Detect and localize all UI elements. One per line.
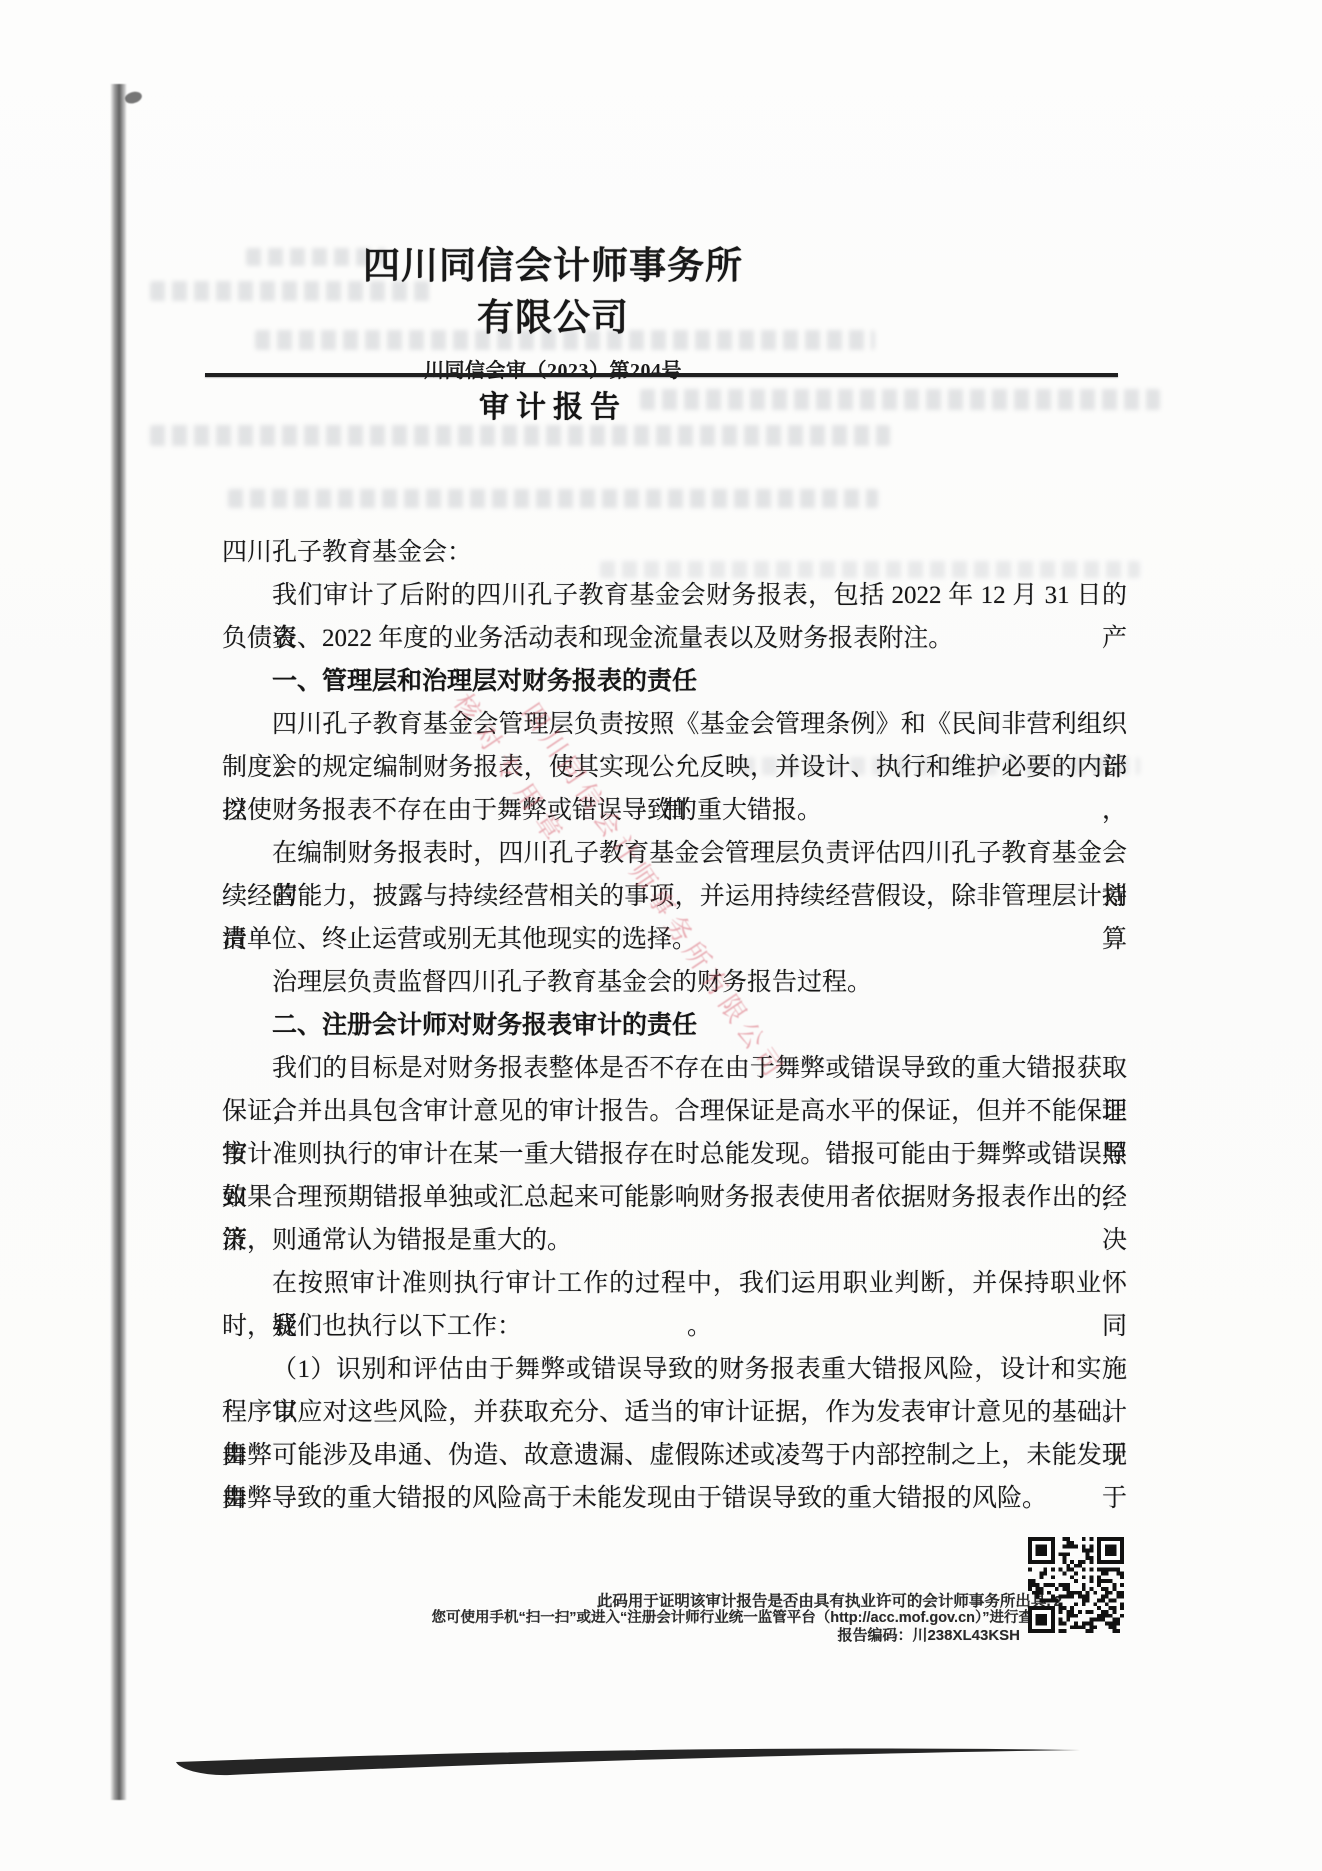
firm-name-line1: 四川同信会计师事务所: [363, 240, 743, 292]
bleedthrough-artifact: [228, 489, 878, 508]
body-line: 舞弊导致的重大错报的风险高于未能发现由于错误导致的重大错报的风险。: [222, 1477, 1127, 1520]
verification-footer: 此码用于证明该审计报告是否由具有执业许可的会计师事务所出具,2 您可使用手机“扫…: [432, 1593, 1063, 1644]
body-line: 我们审计了后附的四川孔子教育基金会财务报表，包括 2022 年 12 月 31 …: [222, 574, 1127, 617]
body-line: 如果合理预期错报单独或汇总起来可能影响财务报表使用者依据财务报表作出的经济决: [222, 1176, 1127, 1219]
body-line: 四川孔子教育基金会：: [222, 531, 1127, 574]
report-title: 审计报告: [479, 382, 627, 426]
body-line: 我们的目标是对财务报表整体是否不存在由于舞弊或错误导致的重大错报获取合理: [222, 1047, 1127, 1090]
verification-note-line1: 此码用于证明该审计报告是否由具有执业许可的会计师事务所出具,: [597, 1593, 1051, 1610]
body-line: 舞弊可能涉及串通、伪造、故意遗漏、虚假陈述或凌驾于内部控制之上，未能发现由于: [222, 1434, 1127, 1477]
firm-name-line2: 有限公司: [363, 292, 743, 344]
body-line: 在按照审计准则执行审计工作的过程中，我们运用职业判断，并保持职业怀疑。同: [222, 1262, 1127, 1305]
bleedthrough-artifact: [150, 425, 890, 446]
body-line: （1）识别和评估由于舞弊或错误导致的财务报表重大错报风险，设计和实施审计: [222, 1348, 1127, 1391]
body-line: 在编制财务报表时，四川孔子教育基金会管理层负责评估四川孔子教育基金会的持: [222, 832, 1127, 875]
report-code: 报告编码：川238XL43KSH: [432, 1627, 1063, 1644]
scan-edge-shadow: [110, 84, 127, 1800]
document-number: 川同信会审（2023）第204号: [363, 354, 743, 383]
body-line: 程序以应对这些风险，并获取充分、适当的审计证据，作为发表审计意见的基础。由于: [222, 1391, 1127, 1434]
header-divider-rule: [205, 373, 1118, 377]
body-line: 保证，并出具包含审计意见的审计报告。合理保证是高水平的保证，但并不能保证按照: [222, 1090, 1127, 1133]
body-line: 四川孔子教育基金会管理层负责按照《基金会管理条例》和《民间非营利组织会计: [222, 703, 1127, 746]
letterhead: 四川同信会计师事务所 有限公司 川同信会审（2023）第204号: [363, 240, 743, 383]
verification-note-line2: 您可使用手机“扫一扫”或进入“注册会计师行业统一监管平台（http://acc.…: [432, 1610, 1063, 1627]
section-heading: 一、管理层和治理层对财务报表的责任: [222, 660, 1127, 703]
body-line: 制度》的规定编制财务报表，使其实现公允反映，并设计、执行和维护必要的内部控制，: [222, 746, 1127, 789]
qr-code: [1028, 1533, 1124, 1637]
scanned-audit-report-page: 四川同信会计师事务所 有限公司 川同信会审（2023）第204号 审计报告 四川…: [0, 0, 1322, 1871]
body-line: 审计准则执行的审计在某一重大错报存在时总能发现。错报可能由于舞弊或错误导致，: [222, 1133, 1127, 1176]
bleedthrough-artifact: [640, 389, 1160, 410]
